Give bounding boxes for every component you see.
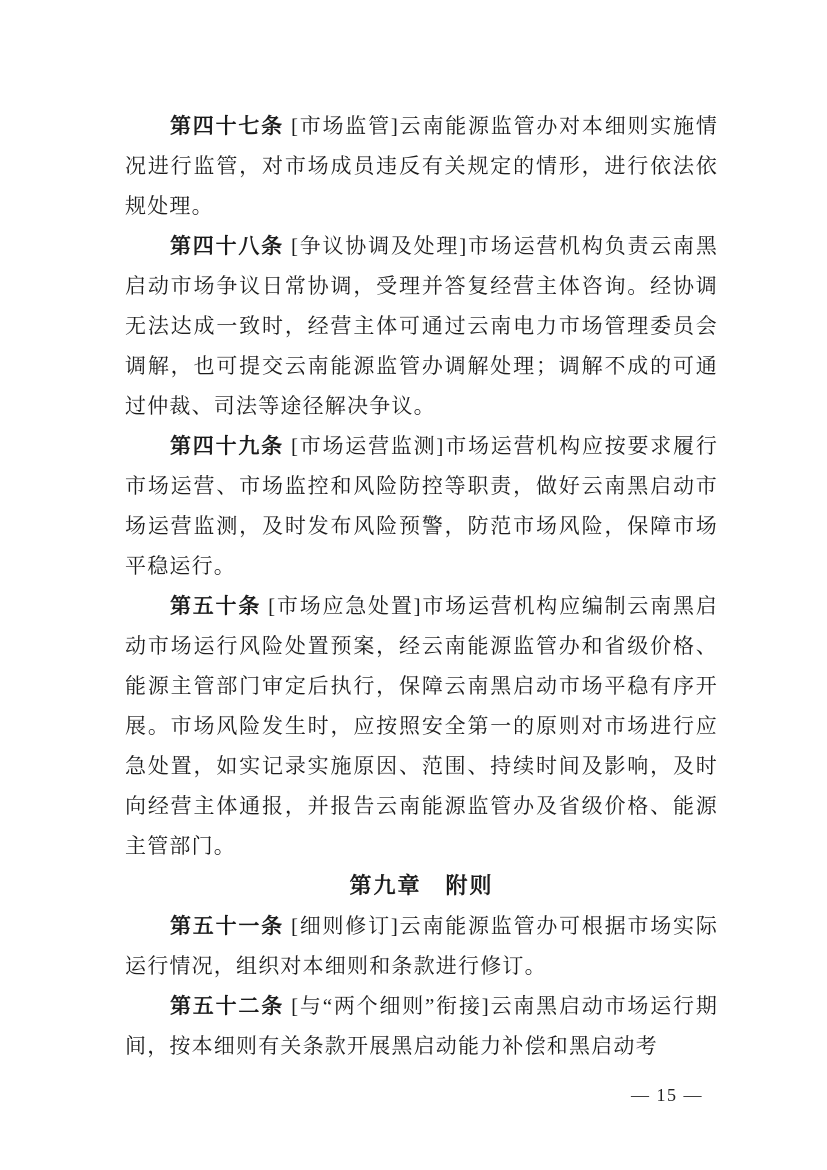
article-paragraph: 第五十二条 [与“两个细则”衔接]云南黑启动市场运行期间，按本细则有关条款开展黑… [125, 986, 718, 1066]
document-content: 第四十七条 [市场监管]云南能源监管办对本细则实施情况进行监管，对市场成员违反有… [125, 106, 718, 1066]
article-number: 第五十一条 [170, 914, 284, 938]
article-title-bracket: [市场应急处置] [268, 594, 422, 618]
article-number: 第四十七条 [170, 114, 284, 138]
article-title-bracket: [市场运营监测] [291, 434, 445, 458]
article-paragraph: 第四十八条 [争议协调及处理]市场运营机构负责云南黑启动市场争议日常协调，受理并… [125, 226, 718, 426]
article-number: 第四十八条 [170, 234, 284, 258]
article-title-bracket: [细则修订] [291, 914, 399, 938]
article-number: 第四十九条 [170, 434, 284, 458]
page-number: — 15 — [631, 1085, 703, 1106]
article-paragraph: 第四十七条 [市场监管]云南能源监管办对本细则实施情况进行监管，对市场成员违反有… [125, 106, 718, 226]
article-paragraph: 第四十九条 [市场运营监测]市场运营机构应按要求履行市场运营、市场监控和风险防控… [125, 426, 718, 586]
chapter-heading: 第九章 附则 [125, 866, 718, 906]
article-number: 第五十条 [170, 594, 261, 618]
article-paragraph: 第五十一条 [细则修订]云南能源监管办可根据市场实际运行情况，组织对本细则和条款… [125, 906, 718, 986]
article-body-text: 市场运营机构应编制云南黑启动市场运行风险处置预案，经云南能源监管办和省级价格、能… [125, 594, 718, 858]
article-title-bracket: [市场监管] [291, 114, 399, 138]
article-number: 第五十二条 [170, 994, 284, 1018]
article-title-bracket: [与“两个细则”衔接] [291, 994, 490, 1018]
article-title-bracket: [争议协调及处理] [291, 234, 467, 258]
article-paragraph: 第五十条 [市场应急处置]市场运营机构应编制云南黑启动市场运行风险处置预案，经云… [125, 586, 718, 866]
document-page: 第四十七条 [市场监管]云南能源监管办对本细则实施情况进行监管，对市场成员违反有… [0, 0, 827, 1170]
article-body-text: 市场运营机构负责云南黑启动市场争议日常协调，受理并答复经营主体咨询。经协调无法达… [125, 234, 718, 418]
